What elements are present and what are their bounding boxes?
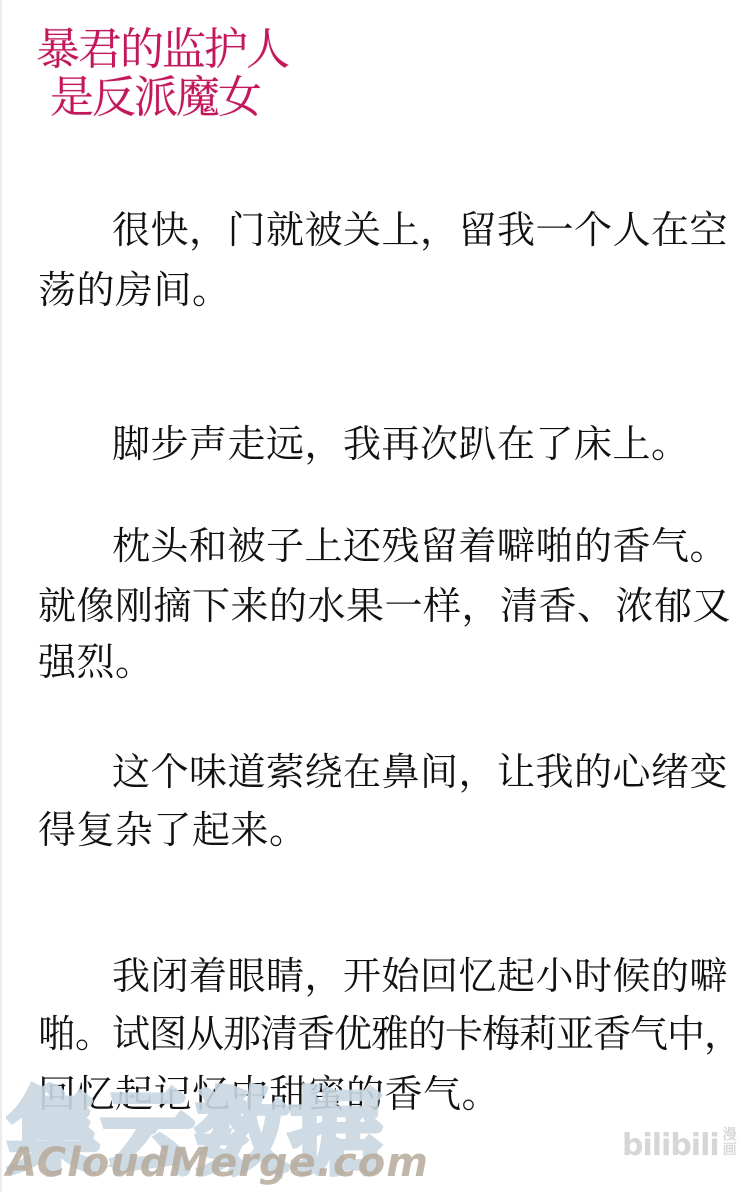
title-line-2: 是反派魔女 [50,74,288,122]
title-line-1: 暴君的监护人 [36,24,288,75]
bilibili-manhua-text: 漫画 [723,1128,739,1158]
watermark-acloudmerge: ACloudMerge.com [6,1140,429,1186]
paragraph-3-line-3: 强烈。 [38,640,154,684]
paragraph-1-line-1: 很快，门就被关上，留我一个人在空 [112,208,728,252]
paragraph-3-line-2: 就像刚摘下来的水果一样，清香、浓郁又 [38,584,731,628]
comic-title-logo: 暴君的监护人 是反派魔女 [36,26,288,122]
bilibili-logo-text: bilibili [622,1128,719,1163]
paragraph-4-line-2: 得复杂了起来。 [38,808,308,852]
paragraph-5-line-1: 我闭着眼睛，开始回忆起小时候的噼 [112,954,728,998]
paragraph-3-line-1: 枕头和被子上还残留着噼啪的香气。 [112,524,728,568]
paragraph-4-line-1: 这个味道萦绕在鼻间，让我的心绪变 [112,750,728,794]
paragraph-5-line-2: 啪。试图从那清香优雅的卡梅莉亚香气中， [38,1012,741,1056]
paragraph-1-line-2: 荡的房间。 [38,268,231,312]
page-left-edge [0,0,2,1192]
bilibili-logo: bilibili漫画 [622,1128,739,1163]
paragraph-2-line-1: 脚步声走远，我再次趴在了床上。 [112,422,690,466]
